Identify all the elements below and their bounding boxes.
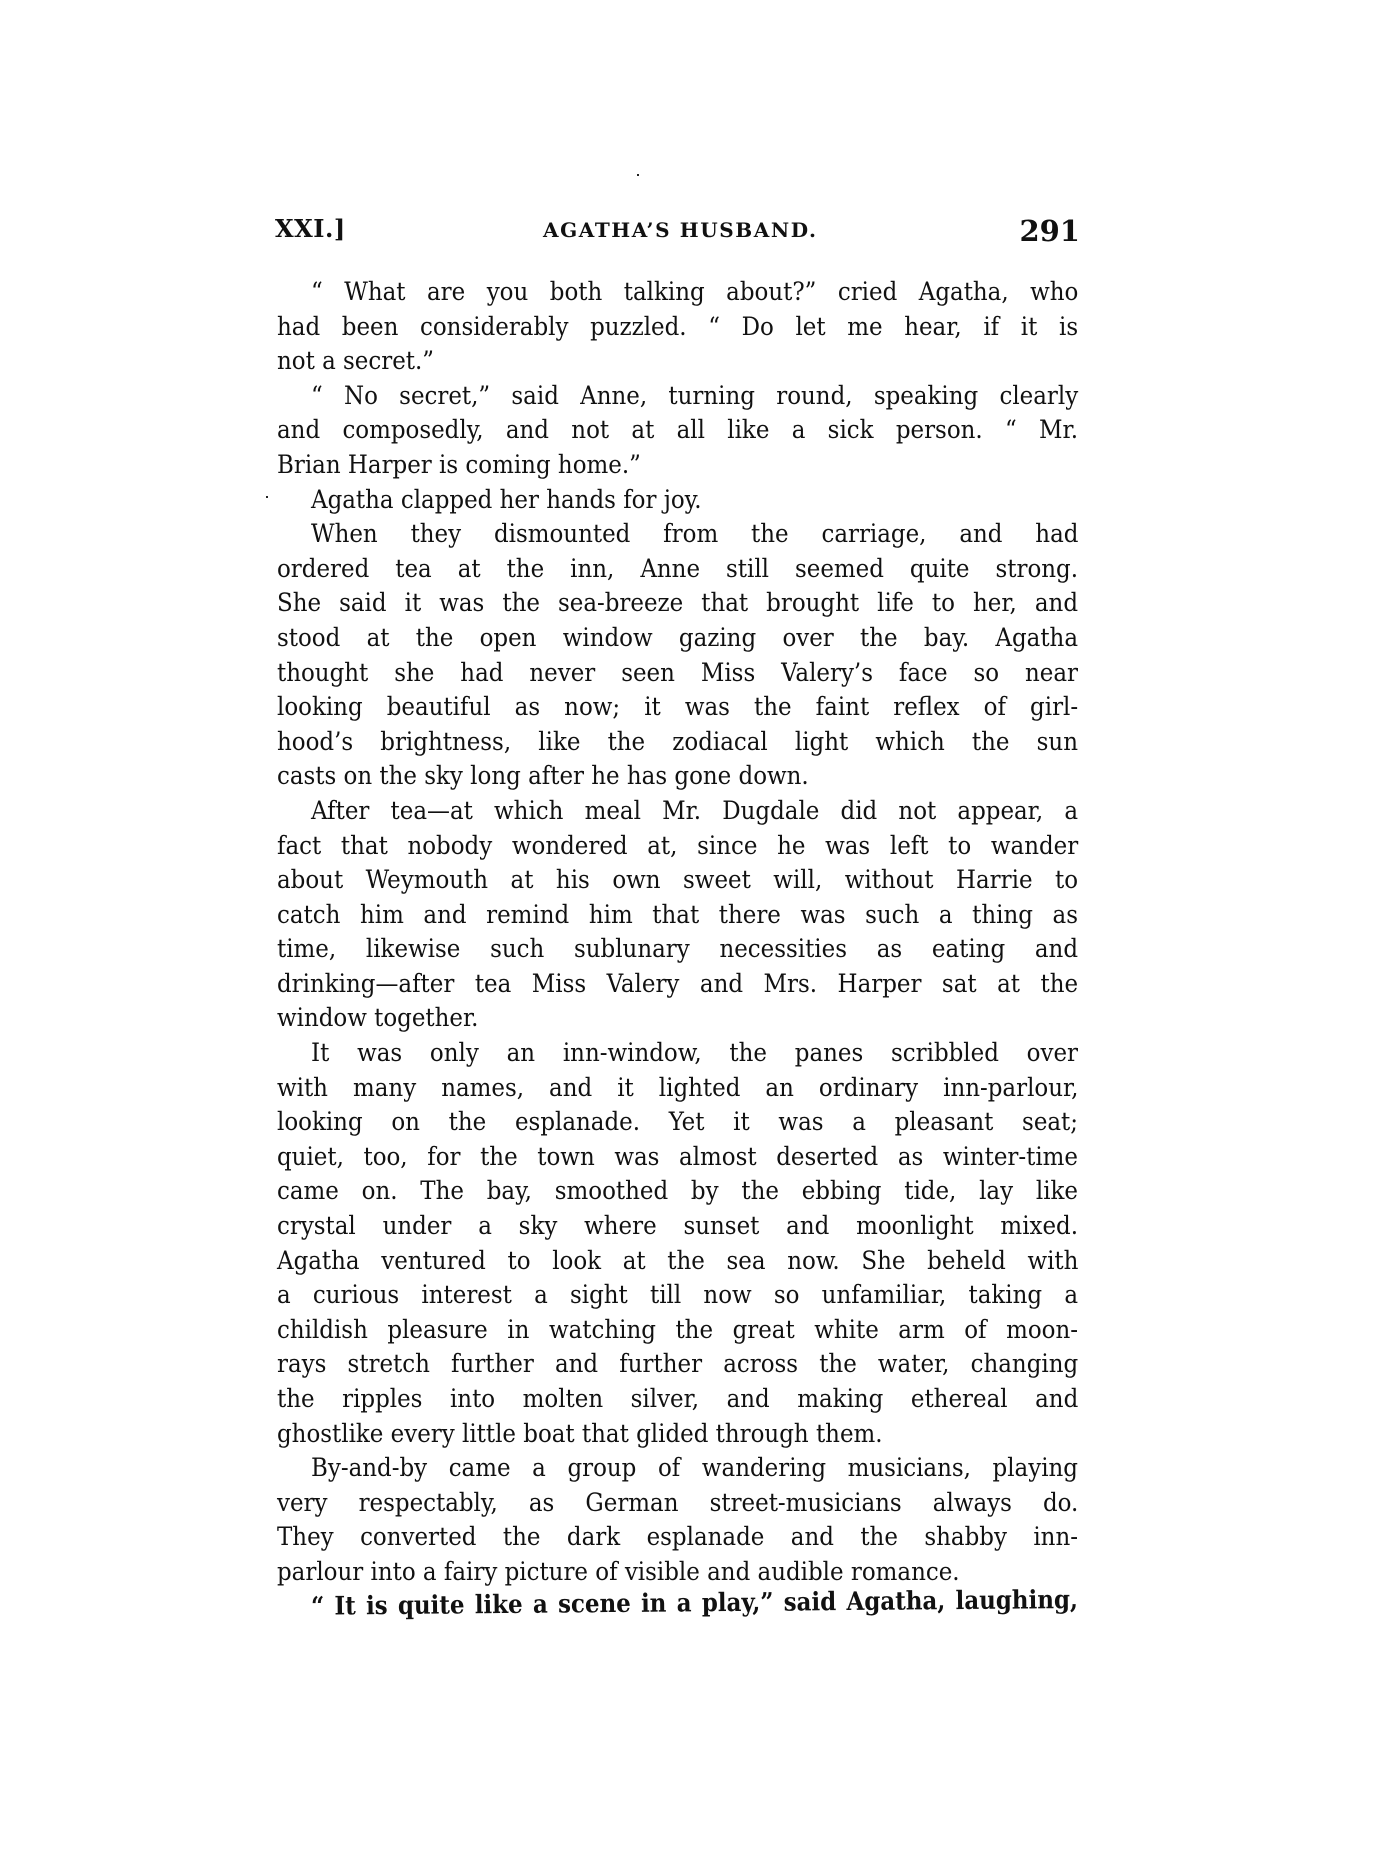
text-line: Agatha clapped her hands for joy. xyxy=(277,483,1078,518)
text-line: quiet, too, for the town was almost dese… xyxy=(277,1140,1078,1175)
text-line: thought she had never seen Miss Valery’s… xyxy=(277,656,1078,691)
text-line: very respectably, as German street-music… xyxy=(277,1486,1078,1521)
text-line: looking on the esplanade. Yet it was a p… xyxy=(277,1105,1078,1140)
text-line: After tea—at which meal Mr. Dugdale did … xyxy=(277,794,1078,829)
text-line: the ripples into molten silver, and maki… xyxy=(277,1382,1078,1417)
book-page: XXI.] AGATHA’S HUSBAND. 291 “ What are y… xyxy=(0,0,1400,1850)
text-line: “ No secret,” said Anne, turning round, … xyxy=(277,379,1078,414)
text-line: had been considerably puzzled. “ Do let … xyxy=(277,310,1078,345)
text-line: and composedly, and not at all like a si… xyxy=(277,413,1078,448)
text-line: casts on the sky long after he has gone … xyxy=(277,759,1078,794)
running-title: AGATHA’S HUSBAND. xyxy=(543,218,818,242)
text-line: window together. xyxy=(277,1001,1078,1036)
text-line: drinking—after tea Miss Valery and Mrs. … xyxy=(277,967,1078,1002)
text-line: hood’s brightness, like the zodiacal lig… xyxy=(277,725,1078,760)
text-line: “ It is quite like a scene in a play,” s… xyxy=(277,1583,1078,1625)
text-line: a curious interest a sight till now so u… xyxy=(277,1278,1078,1313)
text-line: childish pleasure in watching the great … xyxy=(277,1313,1078,1348)
text-line: ghostlike every little boat that glided … xyxy=(277,1417,1078,1452)
text-line: “ What are you both talking about?” crie… xyxy=(277,275,1078,310)
text-line: catch him and remind him that there was … xyxy=(277,898,1078,933)
text-line: came on. The bay, smoothed by the ebbing… xyxy=(277,1174,1078,1209)
text-line: ordered tea at the inn, Anne still seeme… xyxy=(277,552,1078,587)
text-line: with many names, and it lighted an ordin… xyxy=(277,1071,1078,1106)
text-line: about Weymouth at his own sweet will, wi… xyxy=(277,863,1078,898)
scan-speck xyxy=(266,496,268,498)
chapter-number: XXI.] xyxy=(275,214,346,243)
text-line: She said it was the sea-breeze that brou… xyxy=(277,586,1078,621)
text-line: not a secret.” xyxy=(277,344,1078,379)
text-line: It was only an inn-window, the panes scr… xyxy=(277,1036,1078,1071)
text-line: time, likewise such sublunary necessitie… xyxy=(277,932,1078,967)
text-line: By-and-by came a group of wandering musi… xyxy=(277,1451,1078,1486)
text-line: When they dismounted from the carriage, … xyxy=(277,517,1078,552)
text-line: rays stretch further and further across … xyxy=(277,1347,1078,1382)
body-text: “ What are you both talking about?” crie… xyxy=(277,275,1078,1624)
text-line: Agatha ventured to look at the sea now. … xyxy=(277,1244,1078,1279)
page-number: 291 xyxy=(1019,214,1080,248)
text-line: stood at the open window gazing over the… xyxy=(277,621,1078,656)
text-line: Brian Harper is coming home.” xyxy=(277,448,1078,483)
text-line: looking beautiful as now; it was the fai… xyxy=(277,690,1078,725)
scan-speck xyxy=(637,174,639,176)
running-head: XXI.] AGATHA’S HUSBAND. 291 xyxy=(275,214,1080,248)
text-line: crystal under a sky where sunset and moo… xyxy=(277,1209,1078,1244)
text-line: fact that nobody wondered at, since he w… xyxy=(277,829,1078,864)
text-line: They converted the dark esplanade and th… xyxy=(277,1520,1078,1555)
